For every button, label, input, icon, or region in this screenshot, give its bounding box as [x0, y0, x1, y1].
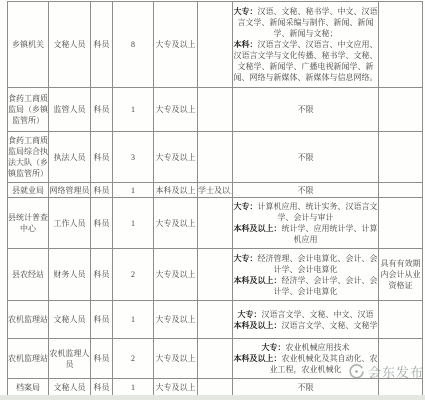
cell-remark: [379, 339, 423, 379]
cell-education: 大专及以上: [154, 2, 198, 88]
cell-unit: 农机监理站: [8, 339, 49, 379]
cell-position: 文秘人员: [49, 379, 91, 397]
cell-position: 网络管理员: [49, 183, 91, 198]
cell-count: 1: [113, 183, 154, 198]
cell-position: 文秘人员: [49, 2, 91, 88]
document-page: 乡镇机关文秘人员科员8大专及以上大专：汉语、文秘、秘书学、中文、汉语言文学、新闻…: [0, 0, 425, 400]
table-row: 农机监理站农机监理人员科员2大专及以上大专：农业机械应用技术本科及以上：农业机械…: [8, 339, 423, 379]
cell-position: 工作人员: [49, 198, 91, 249]
cell-degree: [198, 379, 233, 397]
cell-unit: 食药工商质监局（乡镇监管所）: [8, 88, 49, 132]
cell-count: 1: [113, 379, 154, 397]
cell-degree: [198, 132, 233, 183]
job-table-body: 乡镇机关文秘人员科员8大专及以上大专：汉语、文秘、秘书学、中文、汉语言文学、新闻…: [8, 2, 423, 397]
table-row: 县农经站财务人员科员2大专及以上大专：经济管理、会计电算化、会计、会计学、会计电…: [8, 249, 423, 301]
cell-education: 大专及以上: [154, 88, 198, 132]
cell-rank: 科员: [91, 249, 113, 301]
cell-majors: 不限: [233, 132, 379, 183]
cell-position: 文秘人员: [49, 301, 91, 339]
cell-degree: [198, 198, 233, 249]
table-row: 档案局文秘人员科员1大专及以上不限: [8, 379, 423, 397]
cell-rank: 科员: [91, 379, 113, 397]
cell-unit: 农机监理站: [8, 301, 49, 339]
cell-rank: 科员: [91, 198, 113, 249]
cell-count: 2: [113, 249, 154, 301]
cell-education: 本科及以上: [154, 183, 198, 198]
cell-education: 大专及以上: [154, 132, 198, 183]
cell-unit: 县就业局: [8, 183, 49, 198]
cell-count: 8: [113, 2, 154, 88]
cell-count: 1: [113, 88, 154, 132]
cell-majors: 不限: [233, 183, 379, 198]
cell-majors: 大专：汉语、文秘、秘书学、中文、汉语言文学、新闻采编与制作、新闻、新闻学、新闻与…: [233, 2, 379, 88]
cell-unit: 食药工商质监局综合执法大队（乡镇监管所）: [8, 132, 49, 183]
cell-remark: [379, 88, 423, 132]
cell-degree: 学士及以上: [198, 183, 233, 198]
table-row: 食药工商质监局综合执法大队（乡镇监管所）执法人员科员3大专及以上不限: [8, 132, 423, 183]
cell-position: 监管人员: [49, 88, 91, 132]
cell-majors: 不限: [233, 379, 379, 397]
cell-position: 农机监理人员: [49, 339, 91, 379]
cell-position: 财务人员: [49, 249, 91, 301]
cell-unit: 县统计普查中心: [8, 198, 49, 249]
cell-count: 1: [113, 198, 154, 249]
table-row: 县就业局网络管理员科员1本科及以上学士及以上不限: [8, 183, 423, 198]
cell-education: 大专及以上: [154, 379, 198, 397]
cell-count: 2: [113, 339, 154, 379]
table-row: 农机监理站文秘人员科员1大专及以上大专：汉语言文学、文秘、中文、汉语本科及以上：…: [8, 301, 423, 339]
cell-rank: 科员: [91, 2, 113, 88]
cell-rank: 科员: [91, 183, 113, 198]
table-row: 县统计普查中心工作人员科员1大专及以上大专：计算机应用、统计实务、汉语言文学、会…: [8, 198, 423, 249]
cell-majors: 大专：农业机械应用技术本科及以上：农业机械化及其自动化、农业工程，农业机械化: [233, 339, 379, 379]
cell-degree: [198, 2, 233, 88]
cell-count: 3: [113, 132, 154, 183]
cell-education: 大专及以上: [154, 198, 198, 249]
cell-count: 1: [113, 301, 154, 339]
cell-rank: 科员: [91, 132, 113, 183]
cell-majors: 大专：经济管理、会计电算化、会计、会计学、会计电算化本科及以上：经济学、会计学、…: [233, 249, 379, 301]
table-row: 食药工商质监局（乡镇监管所）监管人员科员1大专及以上不限: [8, 88, 423, 132]
cell-education: 大专及以上: [154, 249, 198, 301]
recruitment-table: 乡镇机关文秘人员科员8大专及以上大专：汉语、文秘、秘书学、中文、汉语言文学、新闻…: [7, 1, 423, 397]
cell-remark: [379, 198, 423, 249]
cell-remark: [379, 132, 423, 183]
cell-rank: 科员: [91, 301, 113, 339]
cell-remark: 具有有效期内会计从业资格证: [379, 249, 423, 301]
cell-majors: 不限: [233, 88, 379, 132]
cell-degree: [198, 339, 233, 379]
cell-majors: 大专：汉语言文学、文秘、中文、汉语本科及以上：汉语言文学、文秘、文秘学: [233, 301, 379, 339]
cell-degree: [198, 301, 233, 339]
bottom-strip: [0, 395, 425, 400]
cell-position: 执法人员: [49, 132, 91, 183]
cell-majors: 大专：计算机应用、统计实务、汉语言文学、会计与审计本科及以上：统计学、应用统计学…: [233, 198, 379, 249]
cell-rank: 科员: [91, 339, 113, 379]
cell-remark: [379, 379, 423, 397]
table-row: 乡镇机关文秘人员科员8大专及以上大专：汉语、文秘、秘书学、中文、汉语言文学、新闻…: [8, 2, 423, 88]
cell-remark: [379, 183, 423, 198]
cell-rank: 科员: [91, 88, 113, 132]
cell-unit: 县农经站: [8, 249, 49, 301]
cell-education: 大专及以上: [154, 301, 198, 339]
cell-unit: 乡镇机关: [8, 2, 49, 88]
cell-remark: [379, 2, 423, 88]
cell-remark: [379, 301, 423, 339]
cell-degree: [198, 88, 233, 132]
cell-education: 大专及以上: [154, 339, 198, 379]
cell-degree: [198, 249, 233, 301]
cell-unit: 档案局: [8, 379, 49, 397]
